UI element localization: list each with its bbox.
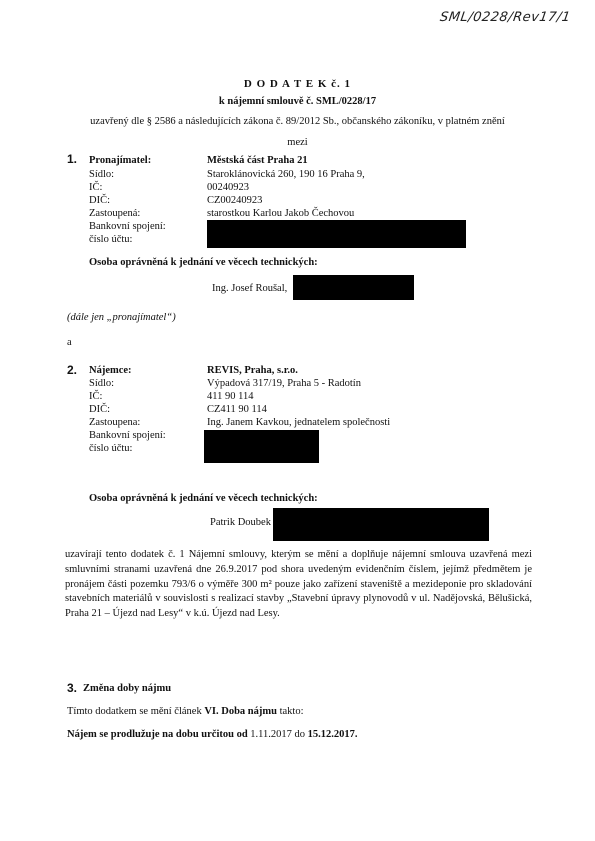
article-reference: VI. Doba nájmu — [204, 706, 277, 717]
party-2-field-value: Výpadová 317/19, Praha 5 - Radotín — [207, 378, 361, 389]
party-1-field-label: Zastoupená: — [89, 208, 140, 219]
text: Nájem se prodlužuje na dobu určitou od — [67, 729, 250, 740]
party-2-field-label: Zastoupena: — [89, 417, 140, 428]
party-2-tech-contact-name: Patrik Doubek — [210, 517, 271, 528]
section-3-line-1: Tímto dodatkem se mění článek VI. Doba n… — [67, 706, 304, 717]
redaction-box — [293, 275, 414, 300]
text: Tímto dodatkem se mění článek — [67, 706, 204, 717]
party-1-field-label: Sídlo: — [89, 169, 114, 180]
body-paragraph: uzavírají tento dodatek č. 1 Nájemní sml… — [65, 548, 532, 622]
document-title: D O D A T E K č. 1 — [0, 78, 595, 90]
party-2-field-value: 411 90 114 — [207, 391, 253, 402]
section-3-number: 3. — [67, 681, 77, 695]
party-1-tech-contact-name: Ing. Josef Roušal, — [212, 283, 287, 294]
party-1-field-value: Staroklánovická 260, 190 16 Praha 9, — [207, 169, 365, 180]
party-1-field-value: starostkou Karlou Jakob Čechovou — [207, 208, 354, 219]
text: takto: — [277, 706, 304, 717]
party-2-field-label: Sídlo: — [89, 378, 114, 389]
party-2-name: REVIS, Praha, s.r.o. — [207, 365, 298, 376]
start-date: 1.11.2017 — [250, 729, 292, 740]
handwritten-reference: SML/0228/Rev17/1 — [439, 10, 572, 25]
redaction-box — [207, 220, 466, 248]
party-2-role-label: Nájemce: — [89, 365, 132, 376]
party-2-field-label: IČ: — [89, 391, 102, 402]
conjunction: a — [67, 337, 72, 348]
redaction-box — [273, 508, 489, 541]
between-word: mezi — [0, 137, 595, 148]
party-1-field-label: číslo účtu: — [89, 234, 132, 245]
party-2-field-value: CZ411 90 114 — [207, 404, 267, 415]
document-subtitle: k nájemní smlouvě č. SML/0228/17 — [0, 96, 595, 107]
party-2-field-label: DIČ: — [89, 404, 110, 415]
party-1-field-label: IČ: — [89, 182, 102, 193]
party-1-field-value: CZ00240923 — [207, 195, 262, 206]
legal-basis: uzavřený dle § 2586 a následujících záko… — [0, 116, 595, 127]
party-2-number: 2. — [67, 363, 77, 377]
party-1-alias: (dále jen „pronajímatel“) — [67, 312, 176, 323]
text: do — [292, 729, 308, 740]
end-date: 15.12.2017. — [308, 729, 358, 740]
redaction-box — [204, 430, 319, 463]
party-2-field-label: číslo účtu: — [89, 443, 132, 454]
party-1-field-label: Bankovní spojení: — [89, 221, 166, 232]
party-1-tech-contact-label: Osoba oprávněná k jednání ve věcech tech… — [89, 257, 318, 268]
party-1-number: 1. — [67, 152, 77, 166]
party-1-field-value: 00240923 — [207, 182, 249, 193]
party-1-name: Městská část Praha 21 — [207, 155, 308, 166]
party-2-field-value: Ing. Janem Kavkou, jednatelem společnost… — [207, 417, 390, 428]
party-2-tech-contact-label: Osoba oprávněná k jednání ve věcech tech… — [89, 493, 318, 504]
section-3-line-2: Nájem se prodlužuje na dobu určitou od 1… — [67, 729, 358, 740]
party-2-field-label: Bankovní spojení: — [89, 430, 166, 441]
section-3-title: Změna doby nájmu — [83, 683, 171, 694]
party-1-role-label: Pronajímatel: — [89, 155, 151, 166]
party-1-field-label: DIČ: — [89, 195, 110, 206]
